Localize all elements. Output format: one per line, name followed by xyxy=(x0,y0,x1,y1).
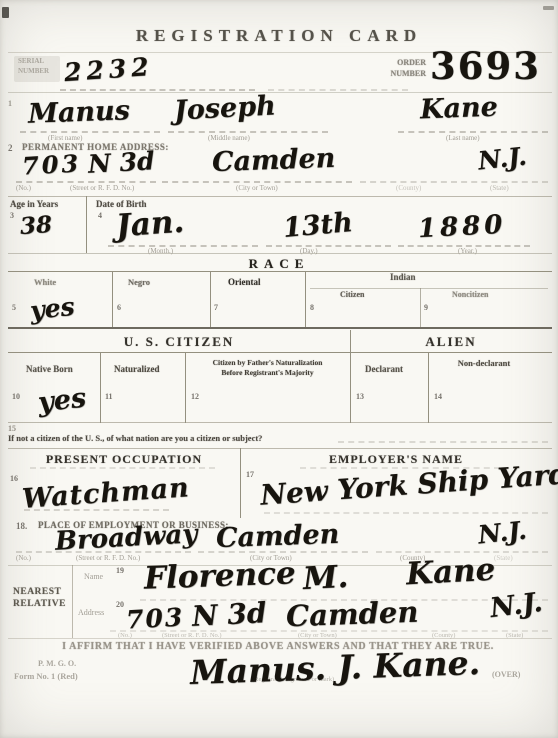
relative-address-city: Camden xyxy=(285,595,418,634)
alien-col-nondeclarant: Non-declarant xyxy=(455,358,513,368)
race-cell6-number: 6 xyxy=(117,303,121,312)
citizen-col-native: Native Born xyxy=(26,364,73,374)
age-cell-number: 3 xyxy=(10,211,14,220)
address-no-sublabel: (No.) xyxy=(16,184,31,192)
relative-name-label: Name xyxy=(84,572,103,581)
employment-city: Camden xyxy=(215,519,339,554)
citizen-cell13-number: 13 xyxy=(356,392,364,401)
citizen-col-father-line1: Citizen by Father's Naturalization xyxy=(213,358,323,367)
scan-artifact xyxy=(2,7,9,18)
race-sub-noncitizen: Noncitizen xyxy=(452,290,488,299)
citizen-cell10-number: 10 xyxy=(12,392,20,401)
race-col-oriental: Oriental xyxy=(228,277,261,287)
order-label-line2: NUMBER xyxy=(390,69,426,78)
employment-state: N.J. xyxy=(477,516,528,550)
relative-name-number: 19 xyxy=(116,566,124,575)
occupation-header: PRESENT OCCUPATION xyxy=(8,452,240,467)
address-city-sublabel: (City or Town) xyxy=(236,184,278,192)
address-no: 703 xyxy=(21,148,82,180)
serial-label-line1: SERIAL xyxy=(18,57,44,65)
serial-number-label: SERIAL NUMBER xyxy=(18,56,49,76)
dob-year: 1880 xyxy=(417,210,507,245)
nearest-relative-line2: RELATIVE xyxy=(13,599,66,609)
registrant-first-name: Manus xyxy=(27,95,130,130)
citizen-section-header: U. S. CITIZEN xyxy=(8,334,350,350)
middle-name-sublabel: (Middle name) xyxy=(208,134,250,142)
registration-card: REGISTRATION CARD SERIAL NUMBER 2232 ORD… xyxy=(0,0,558,738)
address-city: Camden xyxy=(211,143,335,178)
order-label-line1: ORDER xyxy=(397,58,426,67)
age-label: Age in Years xyxy=(10,199,58,209)
race-section-header: RACE xyxy=(0,256,558,272)
address-street: N 3d xyxy=(87,146,155,178)
race-col-negro: Negro xyxy=(128,277,150,287)
registrant-last-name: Kane xyxy=(419,92,498,126)
occupation-cell-number: 16 xyxy=(10,474,18,483)
nation-row-label: If not a citizen of the U. S., of what n… xyxy=(8,433,262,443)
dob-cell-number: 4 xyxy=(98,211,102,220)
citizen-col-naturalized: Naturalized xyxy=(114,364,160,374)
card-title: REGISTRATION CARD xyxy=(0,26,558,46)
address-county-sublabel: (County) xyxy=(396,184,421,192)
address-row-number: 2 xyxy=(8,143,13,153)
race-white-value: yes xyxy=(29,292,76,325)
race-cell7-number: 7 xyxy=(214,303,218,312)
citizen-cell11-number: 11 xyxy=(105,392,113,401)
employment-row-number: 18. xyxy=(16,521,27,531)
name-row-number: 1 xyxy=(8,99,12,108)
citizen-native-value: yes xyxy=(37,383,88,419)
race-sub-citizen: Citizen xyxy=(340,290,364,299)
employment-state-sublabel: (State) xyxy=(494,554,513,562)
alien-section-header: ALIEN xyxy=(350,334,552,350)
citizen-cell12-number: 12 xyxy=(191,392,199,401)
form-number-label: Form No. 1 (Red) xyxy=(14,671,78,681)
nearest-relative-line1: NEAREST xyxy=(13,587,61,597)
race-col-white: White xyxy=(34,277,56,287)
employment-no-sublabel: (No.) xyxy=(16,554,31,562)
serial-label-line2: NUMBER xyxy=(18,67,49,75)
age-value: 38 xyxy=(19,211,53,240)
address-state-sublabel: (State) xyxy=(490,184,509,192)
relative-address-street: N 3d xyxy=(191,596,267,633)
race-cell9-number: 9 xyxy=(424,303,428,312)
citizen-cell14-number: 14 xyxy=(434,392,442,401)
address-street-sublabel: (Street or R. F. D. No.) xyxy=(70,184,134,192)
citizen-col-father-line2: Before Registrant's Majority xyxy=(221,368,313,377)
race-cell8-number: 8 xyxy=(310,303,314,312)
pmgo-label: P. M. G. O. xyxy=(38,659,76,668)
relative-first-name: Florence xyxy=(143,555,296,596)
nearest-relative-label: NEAREST RELATIVE xyxy=(13,586,66,610)
alien-col-declarant: Declarant xyxy=(365,364,403,374)
relative-middle-initial: M. xyxy=(302,559,349,597)
order-number-label: ORDER NUMBER xyxy=(376,57,426,79)
order-number-value: 3693 xyxy=(430,44,541,88)
relative-address-label: Address xyxy=(78,608,104,617)
citizen-col-father: Citizen by Father's Naturalization Befor… xyxy=(190,358,345,378)
race-col-indian: Indian xyxy=(390,272,416,282)
first-name-sublabel: (First name) xyxy=(48,134,82,142)
serial-number-value: 2232 xyxy=(63,52,154,87)
over-label: (OVER) xyxy=(492,670,520,679)
employment-street-sublabel: (Street or R. F. D. No.) xyxy=(76,554,140,562)
relative-address-state: N.J. xyxy=(488,587,544,624)
address-state: N.J. xyxy=(477,142,528,176)
relative-last-name: Kane xyxy=(405,552,496,593)
nation-row-number: 15 xyxy=(8,424,16,433)
race-cell5-number: 5 xyxy=(12,303,16,312)
scan-artifact xyxy=(543,6,554,10)
registrant-middle-name: Joseph xyxy=(173,90,276,126)
dob-day: 13th xyxy=(282,207,354,244)
dob-month: Jan. xyxy=(115,204,185,245)
employer-cell-number: 17 xyxy=(246,470,254,479)
last-name-sublabel: (Last name) xyxy=(446,134,480,142)
relative-address-number: 20 xyxy=(116,600,124,609)
